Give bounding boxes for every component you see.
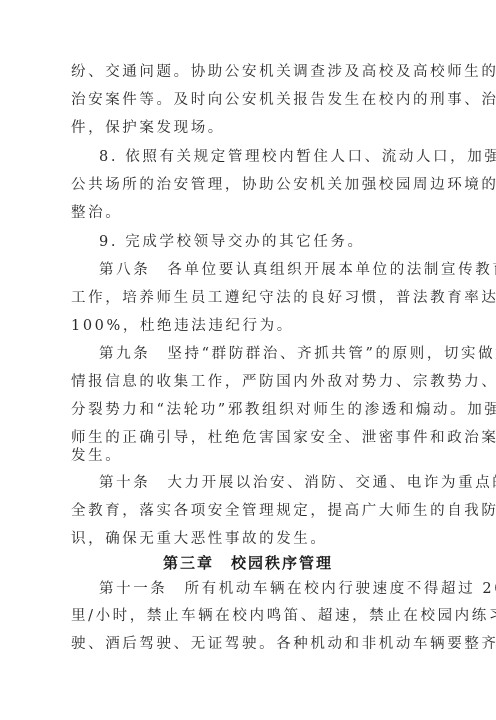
text-line: 件，保护案发现场。 [71,118,441,138]
text-line: 第十条 大力开展以治安、消防、交通、电诈为重点的安 [99,473,441,493]
text-line: 工作，培养师生员工遵纪守法的良好习惯，普法教育率达到 [71,288,441,308]
text-line: 分裂势力和“法轮功”邪教组织对师生的渗透和煽动。加强对 [71,400,441,420]
text-line: 第八条 各单位要认真组织开展本单位的法制宣传教育 [99,260,441,280]
chapter-title: 第三章 校园秩序管理 [0,553,496,573]
text-line: 整治。 [71,203,441,223]
text-line: 治安案件等。及时向公安机关报告发生在校内的刑事、治安案 [71,90,441,110]
text-line: 9. 完成学校领导交办的其它任务。 [99,232,441,252]
text-line: 第十一条 所有机动车辆在校内行驶速度不得超过 20 公 [99,579,441,599]
text-line: 识，确保无重大恶性事故的发生。 [71,529,441,549]
text-line: 里/小时，禁止车辆在校内鸣笛、超速，禁止在校园内练习驾 [71,606,441,626]
text-line: 师生的正确引导，杜绝危害国家安全、泄密事件和政治案件的 [71,428,441,448]
text-line: 情报信息的收集工作，严防国内外敌对势力、宗教势力、民族 [71,372,441,392]
text-line: 第九条 坚持“群防群治、齐抓共管”的原则，切实做好 [99,344,441,364]
text-line: 100%，杜绝违法违纪行为。 [71,316,441,336]
text-line: 全教育，落实各项安全管理规定，提高广大师生的自我防范意 [71,501,441,521]
text-line: 公共场所的治安管理，协助公安机关加强校园周边环境的综合 [71,175,441,195]
text-line: 驶、酒后驾驶、无证驾驶。各种机动和非机动车辆要整齐停放 [71,634,441,654]
text-line: 纷、交通问题。协助公安机关调查涉及高校及高校师生的刑事、 [71,62,441,82]
document-page: 纷、交通问题。协助公安机关调查涉及高校及高校师生的刑事、 治安案件等。及时向公安… [0,0,496,720]
text-line: 8. 依照有关规定管理校内暂住人口、流动人口，加强校内 [99,147,441,167]
text-line: 发生。 [71,446,441,466]
